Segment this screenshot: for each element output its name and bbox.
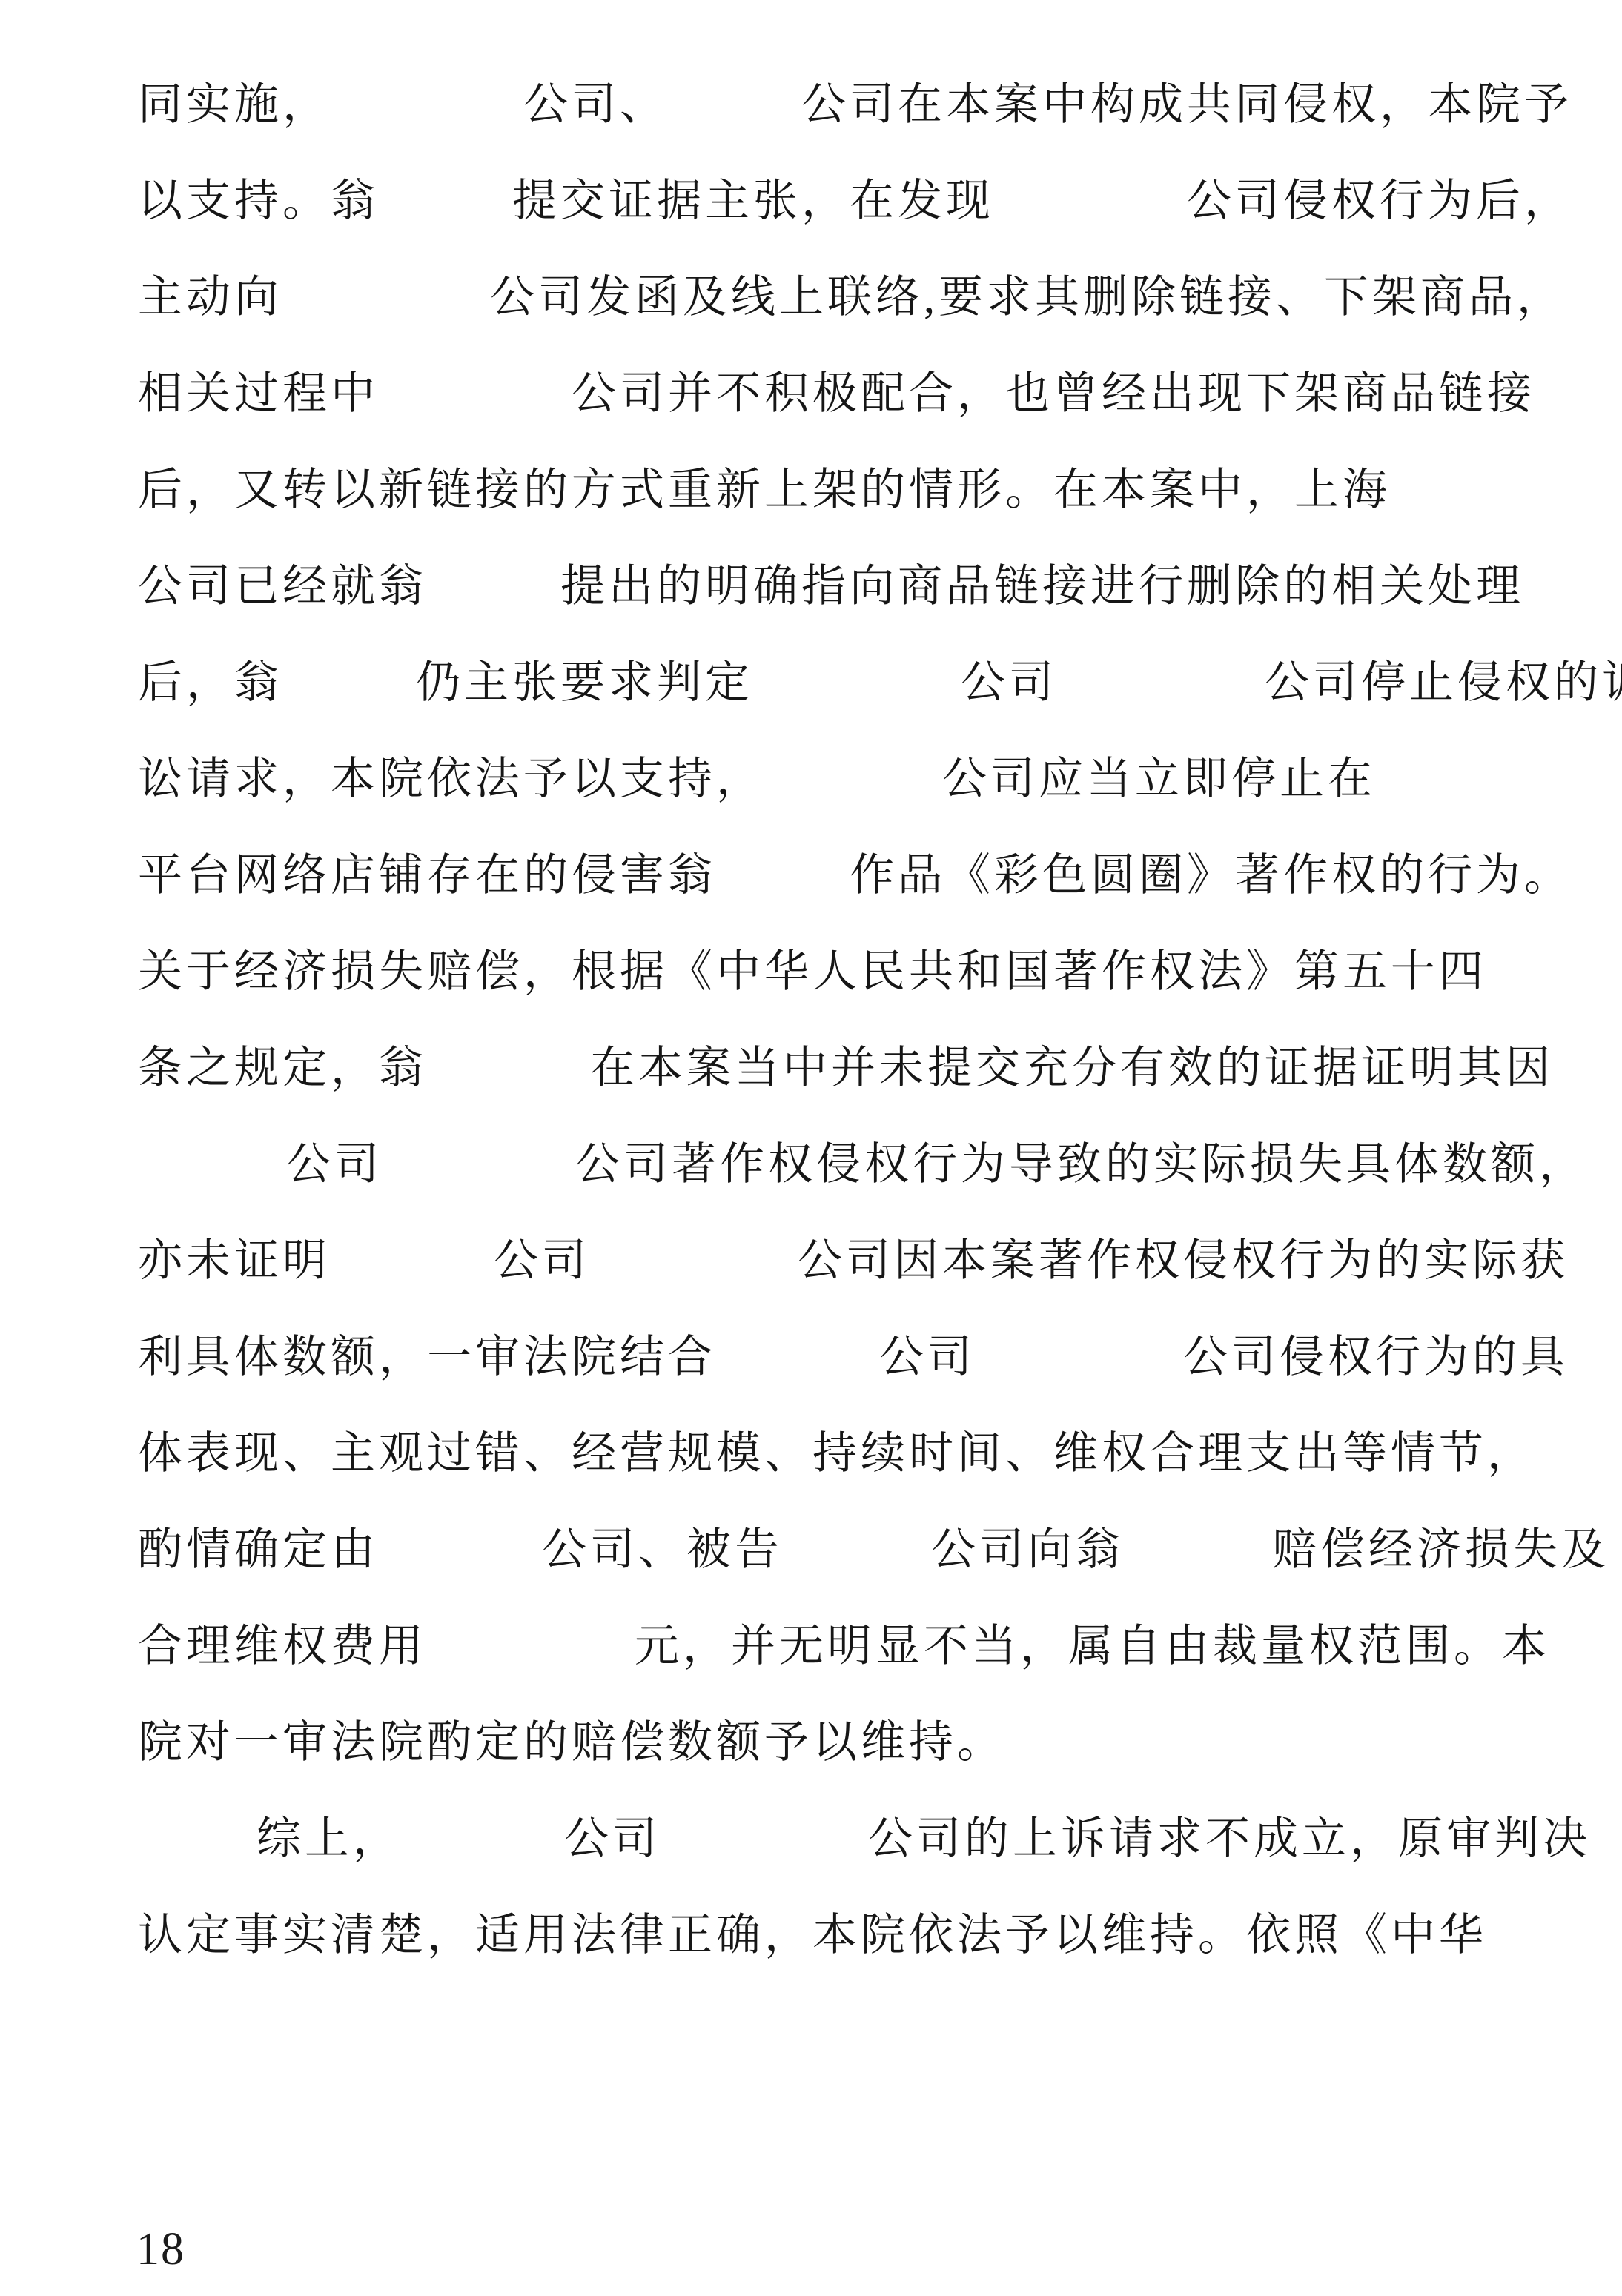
- text-block: 同实施， 公司、 公司在本案中构成共同侵权，本院予以支持。翁 提交证据主张，在发…: [138, 56, 1517, 1983]
- text-line: 同实施， 公司、 公司在本案中构成共同侵权，本院予: [138, 56, 1517, 153]
- text-line: 认定事实清楚，适用法律正确，本院依法予以维持。依照《中华: [138, 1887, 1517, 1983]
- text-line: 公司 公司著作权侵权行为导致的实际损失具体数额，: [138, 1116, 1517, 1212]
- text-line: 公司已经就翁 提出的明确指向商品链接进行删除的相关处理: [138, 538, 1517, 634]
- text-line: 关于经济损失赔偿，根据《中华人民共和国著作权法》第五十四: [138, 923, 1517, 1020]
- text-line: 后，翁 仍主张要求判定 公司 公司停止侵权的诉: [138, 634, 1517, 731]
- text-line: 讼请求，本院依法予以支持， 公司应当立即停止在: [138, 731, 1517, 827]
- text-line: 相关过程中 公司并不积极配合，也曾经出现下架商品链接: [138, 345, 1517, 442]
- document-page: 同实施， 公司、 公司在本案中构成共同侵权，本院予以支持。翁 提交证据主张，在发…: [0, 0, 1622, 2296]
- text-line: 体表现、主观过错、经营规模、持续时间、维权合理支出等情节，: [138, 1405, 1517, 1502]
- text-line: 利具体数额，一审法院结合 公司 公司侵权行为的具: [138, 1309, 1517, 1405]
- text-line: 以支持。翁 提交证据主张，在发现 公司侵权行为后，: [138, 153, 1517, 249]
- text-line: 主动向 公司发函及线上联络,要求其删除链接、下架商品，: [138, 249, 1517, 345]
- text-line: 亦未证明 公司 公司因本案著作权侵权行为的实际获: [138, 1212, 1517, 1309]
- text-line: 院对一审法院酌定的赔偿数额予以维持。: [138, 1694, 1517, 1791]
- text-line: 后，又转以新链接的方式重新上架的情形。在本案中，上海: [138, 442, 1517, 538]
- page-number: 18: [136, 2216, 185, 2283]
- text-line: 平台网络店铺存在的侵害翁 作品《彩色圆圈》著作权的行为。: [138, 827, 1517, 923]
- text-line: 酌情确定由 公司、被告 公司向翁 赔偿经济损失及: [138, 1502, 1517, 1598]
- text-line: 合理维权费用 元，并无明显不当，属自由裁量权范围。本: [138, 1598, 1517, 1694]
- text-line: 综上， 公司 公司的上诉请求不成立，原审判决: [138, 1791, 1517, 1887]
- text-line: 条之规定，翁 在本案当中并未提交充分有效的证据证明其因: [138, 1020, 1517, 1116]
